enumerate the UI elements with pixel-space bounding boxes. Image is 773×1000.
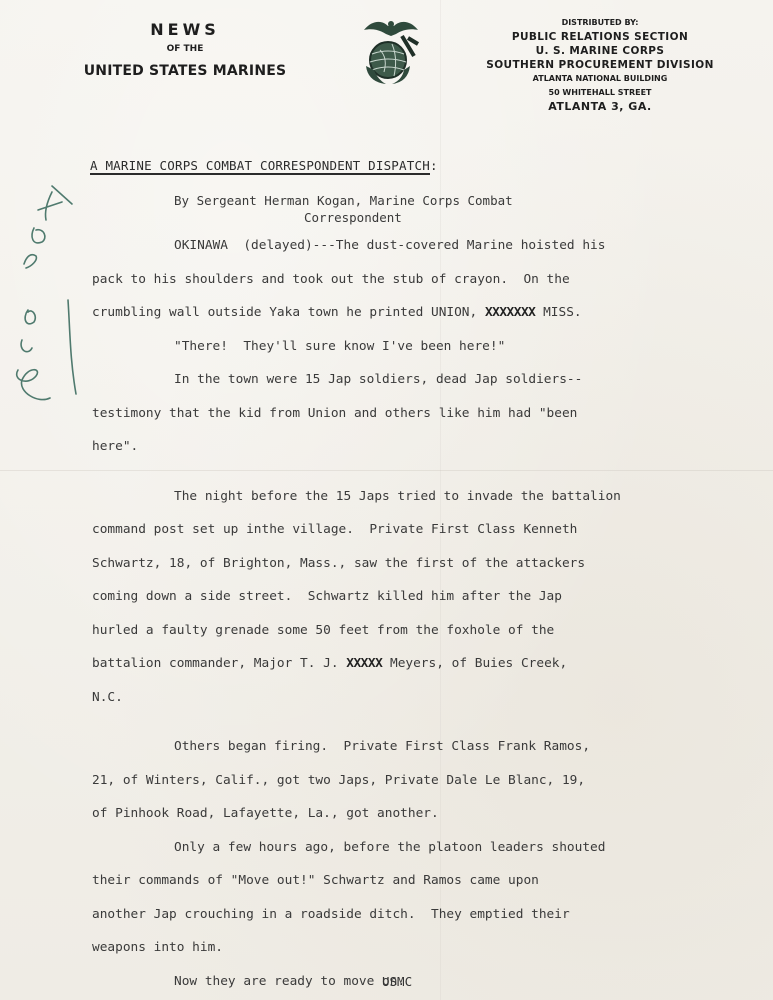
body-text-line: pack to his shoulders and took out the s… xyxy=(92,272,752,306)
body-text-line: of Pinhook Road, Lafayette, La., got ano… xyxy=(92,806,752,840)
dispatch-body: OKINAWA (delayed)---The dust-covered Mar… xyxy=(92,238,752,1000)
body-text-line: here". xyxy=(92,439,752,473)
paragraph-gap xyxy=(92,473,752,489)
struck-out-text: XXXXXXX xyxy=(485,305,535,320)
byline: By Sergeant Herman Kogan, Marine Corps C… xyxy=(174,192,513,226)
dispatch-title-colon: : xyxy=(430,158,438,173)
letterhead-usm: UNITED STATES MARINES xyxy=(60,63,310,79)
body-text-line: Others began firing. Private First Class… xyxy=(92,739,752,773)
dispatch-title-text: A MARINE CORPS COMBAT CORRESPONDENT DISP… xyxy=(90,158,430,175)
body-text-line: The night before the 15 Japs tried to in… xyxy=(92,489,752,523)
letterhead-right: DISTRIBUTED BY: PUBLIC RELATIONS SECTION… xyxy=(470,16,730,114)
body-text-line: coming down a side street. Schwartz kill… xyxy=(92,589,752,623)
handwritten-note-annotation: Save to Ray xyxy=(8,180,88,420)
southern-procurement-division: SOUTHERN PROCUREMENT DIVISION xyxy=(470,58,730,72)
struck-out-text: XXXXX xyxy=(346,656,382,671)
body-text-line: hurled a faulty grenade some 50 feet fro… xyxy=(92,623,752,657)
body-text-line: In the town were 15 Jap soldiers, dead J… xyxy=(92,372,752,406)
body-text-line: Now they are ready to move on. xyxy=(92,974,752,1000)
byline-line-2: Correspondent xyxy=(174,209,513,226)
atlanta-national-building: ATLANTA NATIONAL BUILDING xyxy=(470,72,730,86)
body-text-line: weapons into him. xyxy=(92,940,752,974)
atlanta-ga: ATLANTA 3, GA. xyxy=(470,100,730,114)
eagle-globe-anchor-icon xyxy=(358,14,424,88)
body-text-line: crumbling wall outside Yaka town he prin… xyxy=(92,305,752,339)
letterhead-of-the: OF THE xyxy=(60,44,310,54)
byline-line-1: By Sergeant Herman Kogan, Marine Corps C… xyxy=(174,192,513,209)
whitehall-street: 50 WHITEHALL STREET xyxy=(470,86,730,100)
body-text-line: 21, of Winters, Calif., got two Japs, Pr… xyxy=(92,773,752,807)
body-text-line: battalion commander, Major T. J. XXXXX M… xyxy=(92,656,752,690)
letterhead-news: NEWS xyxy=(60,20,310,39)
letterhead-left: NEWS OF THE UNITED STATES MARINES xyxy=(60,18,310,79)
body-text-line: another Jap crouching in a roadside ditc… xyxy=(92,907,752,941)
body-text-line: their commands of "Move out!" Schwartz a… xyxy=(92,873,752,907)
distributed-by-label: DISTRIBUTED BY: xyxy=(470,16,730,30)
dispatch-title: A MARINE CORPS COMBAT CORRESPONDENT DISP… xyxy=(90,158,438,173)
us-marine-corps: U. S. MARINE CORPS xyxy=(470,44,730,58)
body-text-line: N.C. xyxy=(92,690,752,724)
body-text-line: Schwartz, 18, of Brighton, Mass., saw th… xyxy=(92,556,752,590)
body-text-line: OKINAWA (delayed)---The dust-covered Mar… xyxy=(92,238,752,272)
body-text-line: command post set up inthe village. Priva… xyxy=(92,522,752,556)
body-text-line: testimony that the kid from Union and ot… xyxy=(92,406,752,440)
paragraph-gap xyxy=(92,723,752,739)
public-relations-section: PUBLIC RELATIONS SECTION xyxy=(470,30,730,44)
body-text-line: Only a few hours ago, before the platoon… xyxy=(92,840,752,874)
body-text-line: "There! They'll sure know I've been here… xyxy=(92,339,752,373)
signoff: USMC xyxy=(382,974,412,989)
